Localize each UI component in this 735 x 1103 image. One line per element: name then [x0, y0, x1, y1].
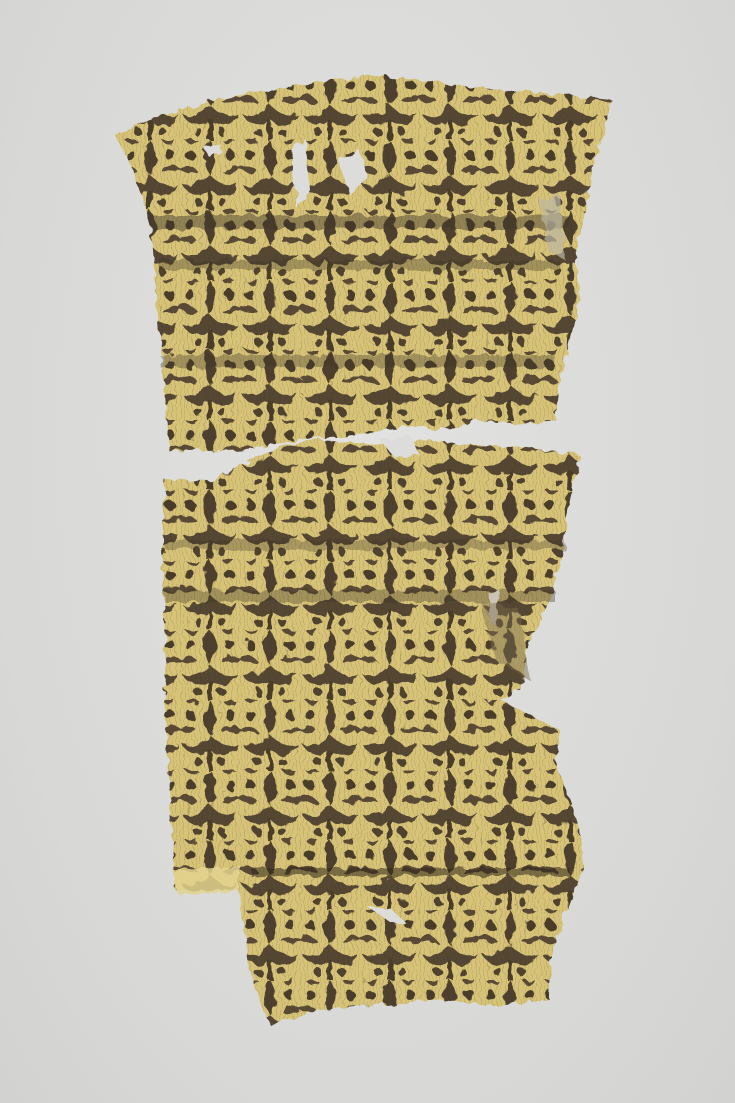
photo-stage: Fragment of woven textile with dark brow… — [0, 0, 735, 1103]
lower-fragment — [162, 436, 585, 1025]
upper-fragment — [115, 75, 612, 452]
textile-fragment — [0, 0, 735, 1103]
